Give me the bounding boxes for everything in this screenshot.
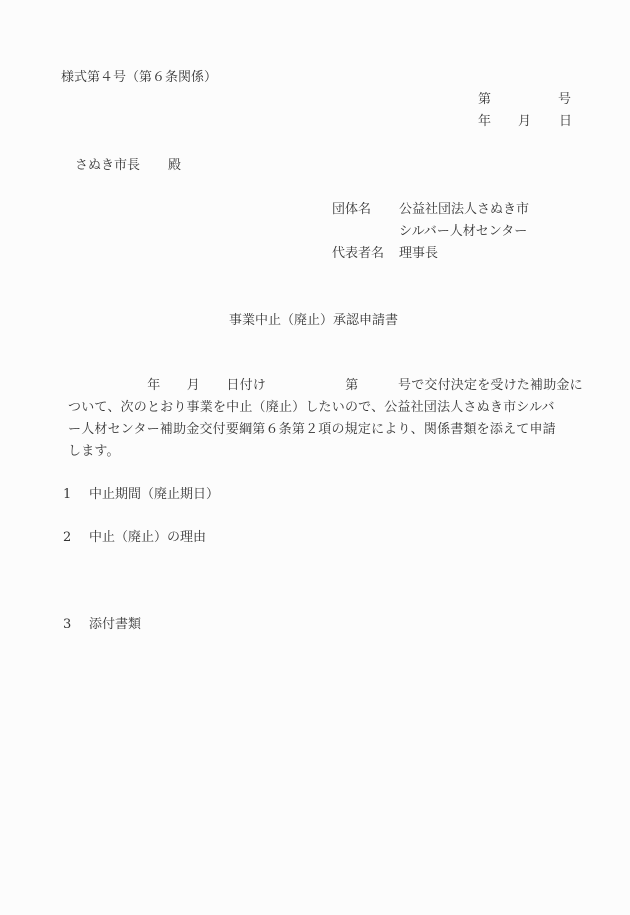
representative-value: 理事長 (399, 246, 438, 262)
item-text-attachments: 添付書類 (89, 617, 141, 633)
item-text-suspension-reason: 中止（廃止）の理由 (89, 530, 206, 546)
item-number-3: 3 (63, 617, 71, 633)
date-month-label: 月 (518, 114, 531, 130)
body-line: ついて、次のとおり事業を中止（廃止）したいので、公益社団法人さぬき市シルバ (68, 397, 588, 419)
item-number-2: 2 (63, 530, 71, 546)
addressee-honorific: 殿 (168, 158, 181, 174)
body-paragraph: 年 月 日付け 第 号で交付決定を受けた補助金に ついて、次のとおり事業を中止（… (68, 375, 588, 463)
doc-number-prefix: 第 (478, 92, 491, 108)
doc-number-suffix: 号 (558, 92, 571, 108)
body-line: 年 月 日付け 第 号で交付決定を受けた補助金に (68, 375, 588, 397)
date-day-label: 日 (559, 114, 572, 130)
addressee-name: さぬき市長 (75, 158, 140, 174)
item-text-suspension-period: 中止期間（廃止期日） (89, 487, 219, 503)
org-name-line1: 公益社団法人さぬき市 (399, 202, 529, 218)
body-line: ー人材センター補助金交付要綱第６条第２項の規定により、関係書類を添えて申請 (68, 419, 588, 441)
representative-label: 代表者名 (332, 246, 384, 262)
form-number: 様式第４号（第６条関係） (61, 70, 217, 86)
org-label: 団体名 (332, 202, 371, 218)
body-line: します。 (68, 441, 588, 463)
date-year-label: 年 (478, 114, 491, 130)
org-name-line2: シルバー人材センター (399, 224, 527, 240)
document-title: 事業中止（廃止）承認申請書 (229, 313, 398, 329)
item-number-1: 1 (63, 487, 71, 503)
